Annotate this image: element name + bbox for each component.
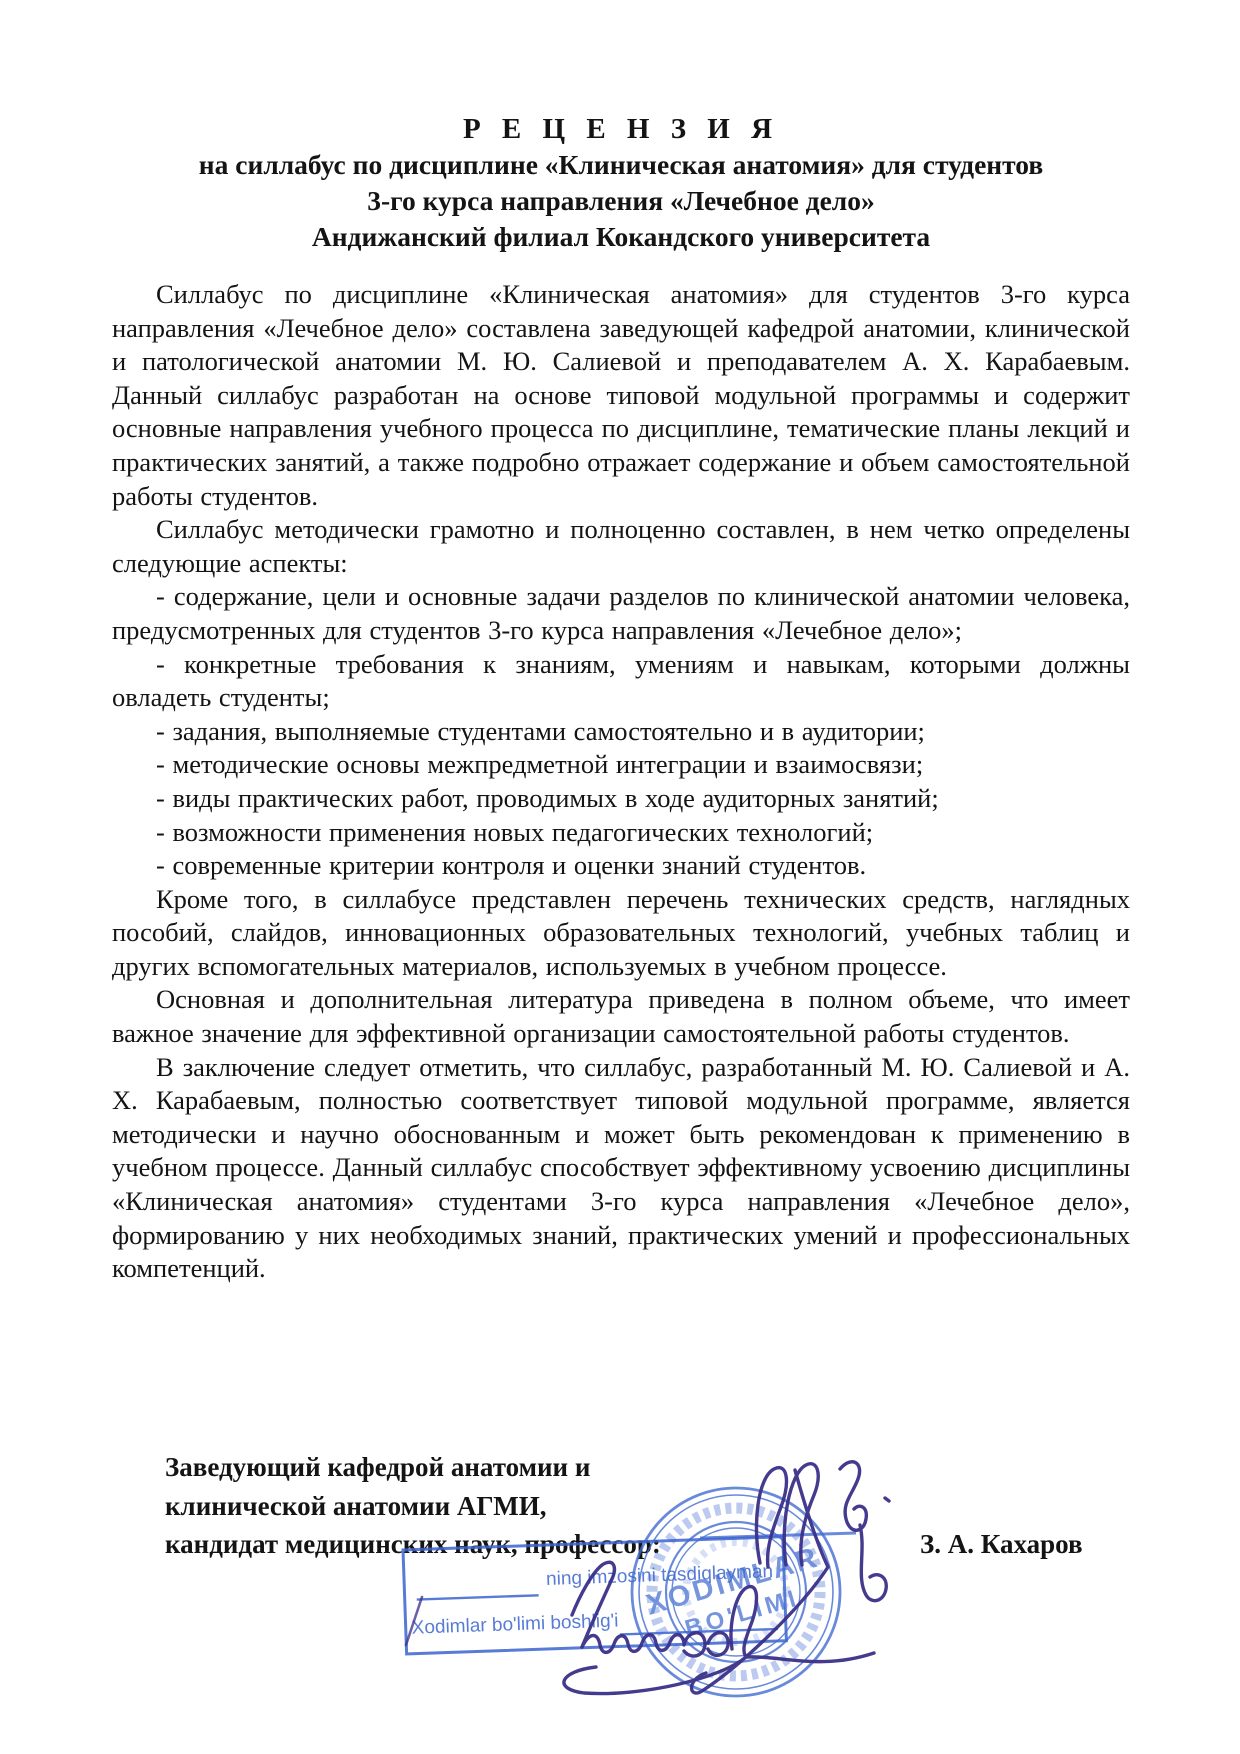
rect-stamp-blank-line: [417, 1595, 539, 1599]
paragraph-materials: Кроме того, в силлабусе представлен пере…: [112, 883, 1130, 984]
signature-stray-slash: [406, 1597, 422, 1645]
signature-underline-sweep-left: [564, 1657, 746, 1694]
paragraph-literature: Основная и дополнительная литература при…: [112, 983, 1130, 1050]
list-item-requirements: - конкретные требования к знаниям, умени…: [112, 648, 1130, 715]
rect-stamp-line1-label: ning imzosini tasdiqlayman: [546, 1561, 774, 1590]
list-item-methodical: - методические основы межпредметной инте…: [112, 748, 1130, 782]
signature-end-loop: [731, 1587, 757, 1657]
signatory-name: З. А. Кахаров: [920, 1525, 1083, 1564]
round-stamp-center-line2: BO'LIMI: [682, 1584, 803, 1642]
paragraph-conclusion: В заключение следует отметить, что силла…: [112, 1051, 1130, 1286]
title-block: Р Е Ц Е Н З И Я на силлабус по дисциплин…: [112, 112, 1130, 255]
body-text: Силлабус по дисциплине «Клиническая анат…: [112, 278, 1130, 1286]
signature-block: Заведующий кафедрой анатомии и клиническ…: [165, 1448, 1165, 1564]
paragraph-aspects-intro: Силлабус методически грамотно и полноцен…: [112, 513, 1130, 580]
list-item-content: - содержание, цели и основные задачи раз…: [112, 580, 1130, 647]
title-subtitle-1: на силлабус по дисциплине «Клиническая а…: [112, 147, 1130, 183]
paragraph-intro: Силлабус по дисциплине «Клиническая анат…: [112, 278, 1130, 513]
title-subtitle-2: 3-го курса направления «Лечебное дело»: [112, 183, 1130, 219]
rect-stamp-line2-label: Xodimlar bo'limi boshlig'i: [411, 1611, 618, 1639]
list-item-tasks: - задания, выполняемые студентами самост…: [112, 715, 1130, 749]
title-subtitle-3: Андижанский филиал Кокандского университ…: [112, 219, 1130, 255]
signature-oo-loops: [684, 1633, 728, 1656]
list-item-pedagogical: - возможности применения новых педагогич…: [112, 816, 1130, 850]
list-item-criteria: - современные критерии контроля и оценки…: [112, 849, 1130, 883]
document-title: Р Е Ц Е Н З И Я: [112, 112, 1130, 147]
signature-entry-stroke: [572, 1562, 614, 1647]
signature-underline-sweep-right: [746, 1653, 874, 1662]
signatory-position-line-2: клинической анатомии АГМИ,: [165, 1487, 1165, 1526]
document-content: Р Е Ц Е Н З И Я на силлабус по дисциплин…: [112, 0, 1130, 1286]
list-item-practical: - виды практических работ, проводимых в …: [112, 782, 1130, 816]
signatory-position-line-1: Заведующий кафедрой анатомии и: [165, 1448, 1165, 1487]
document-page: Р Е Ц Е Н З И Я на силлабус по дисциплин…: [0, 0, 1240, 1754]
rect-stamp-signature-line: [620, 1629, 778, 1635]
signature-e-bumps: [582, 1635, 684, 1653]
